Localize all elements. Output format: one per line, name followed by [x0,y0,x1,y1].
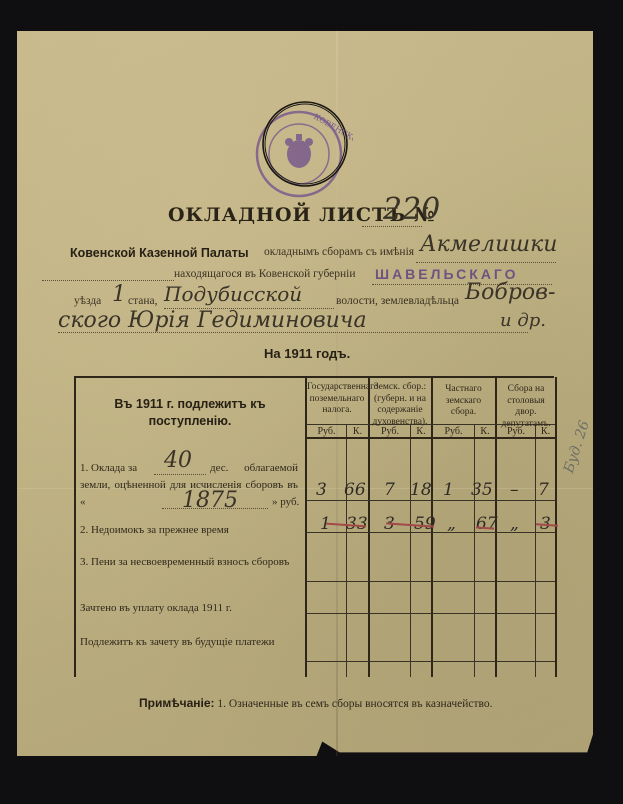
col-head-deputies: Сбора на столовыя двор. депутатамъ. [497,384,555,430]
owner-dotted-line [58,332,528,333]
sub-rub: Руб. [307,426,346,437]
kop-divider-4 [535,424,536,677]
issuing-authority: Ковенской Казенной Палаты [70,246,249,260]
kop-divider-2 [410,424,411,677]
col-head-private-zemstvo: Частнаго земскаго сбора. [433,384,494,419]
cell-value: – [510,480,519,500]
col-head-zemstvo: Земск. сбор.: (губерн. и на содержаніе д… [370,382,430,428]
table-divider [305,377,307,677]
row5-label: Подлежитъ къ зачету въ будущіе платежи [80,634,296,651]
sub-rub: Руб. [370,426,410,437]
year-heading: На 1911 годъ. [264,346,350,361]
uezd-label: уѣзда [74,295,101,307]
cell-value: 35 [471,480,493,500]
cell-value: 67 [476,514,498,534]
sub-rub: Руб. [433,426,474,437]
header-bottom-line [306,437,555,439]
row2-label: 2. Недоимокъ за прежнее время [80,522,229,539]
cell-value: 66 [344,480,366,500]
table-left-heading: Въ 1911 г. подлежитъ къ поступленію. [86,396,294,430]
stan-label: стана, [128,295,158,307]
sub-kop: К. [347,426,368,437]
kop-divider-1 [346,424,347,677]
row1-label-c: » руб. [272,494,299,511]
table-left-border [74,377,76,677]
sub-kop: К. [475,426,495,437]
uezd-number-handwritten: 1 [112,282,126,307]
line2-dotted-line [42,280,174,281]
table-right-border [555,377,557,677]
sub-kop: К. [411,426,431,437]
table-top-border [74,376,554,378]
row3-label: 3. Пени за несвоевременный взносъ сборов… [80,554,296,571]
sub-kop: К. [536,426,555,437]
cell-value: 7 [538,480,549,500]
owner-name-handwritten: ского Юрія Гедиминовича [58,308,367,333]
volost-label: волости, землевладѣльца [336,295,459,307]
cell-value: 3 [316,480,327,500]
volost-handwritten: Подубисской [164,282,302,306]
header-line1-text: окладнымъ сборамъ съ имѣнія [264,246,414,258]
cell-value: 1 [443,480,454,500]
sub-rub: Руб. [497,426,535,437]
estate-name-handwritten: Акмелишки [420,232,557,257]
footnote: Примѣчаніе: 1. Означенные въ семъ сборы … [139,696,493,710]
row-line-5 [306,661,555,662]
header-line2-text: находящагося въ Ковенской губерніи [174,268,356,280]
double-headed-eagle-icon [285,134,313,168]
row-line-3 [306,581,555,582]
official-seal-stamp-icon: КОВЕНСКОЙ [253,98,353,198]
cell-value: 18 [410,480,432,500]
kop-divider-3 [474,424,475,677]
estate-dotted-line [416,262,556,263]
row-line-1 [306,500,555,501]
valuation-handwritten: 1875 [182,488,238,513]
footnote-text: 1. Означенные въ семъ сборы вносятся въ … [217,698,492,710]
cell-value: „ [447,514,456,534]
cell-value: „ [510,514,519,534]
document-number-handwritten: 220 [383,192,440,227]
row-line-4 [306,613,555,614]
footnote-label: Примѣчаніе: [139,696,215,710]
col-head-state-tax: Государственнаго поземельнаго налога. [307,382,367,417]
owner-suffix-handwritten: и др. [500,310,546,331]
cell-value: 7 [384,480,395,500]
owner-surname-handwritten: Бобров- [465,280,555,305]
row4-label: Зачтено въ уплату оклада 1911 г. [80,600,232,617]
